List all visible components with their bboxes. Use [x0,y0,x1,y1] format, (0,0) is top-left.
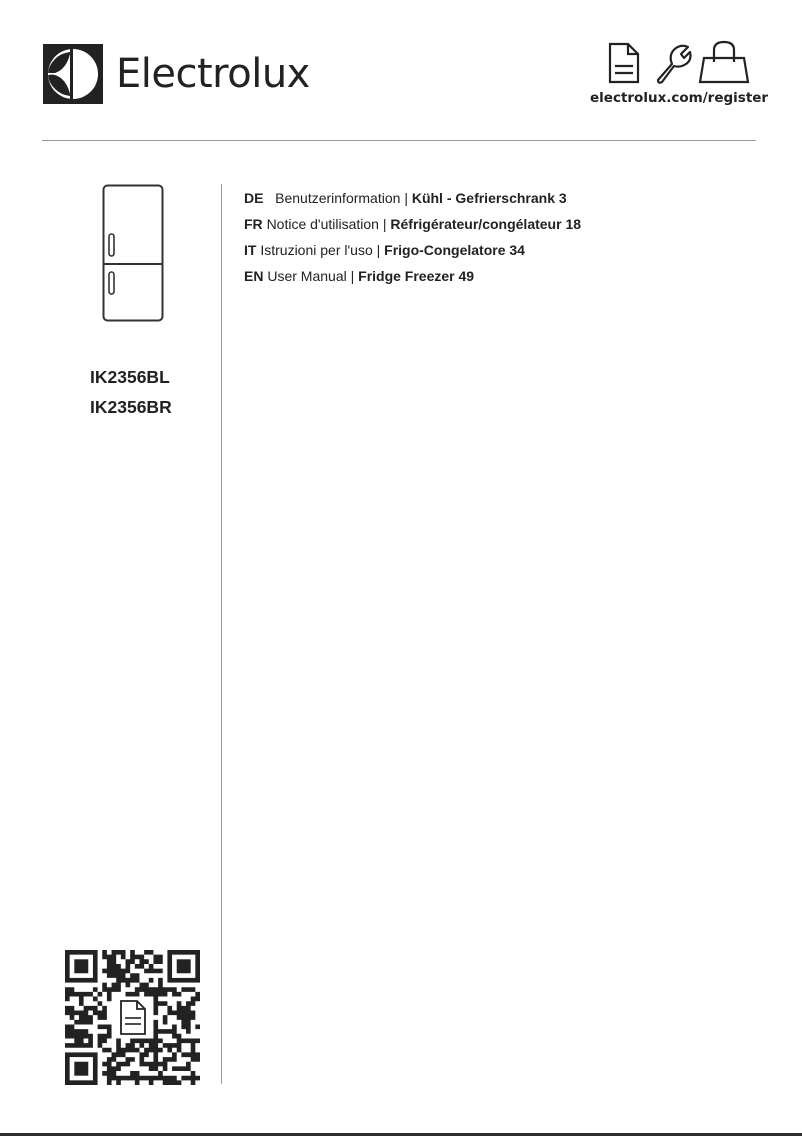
document-icon [112,997,153,1038]
model-number: IK2356BR [90,397,172,418]
qr-finder-pattern [167,950,200,983]
brand-name: Electrolux [116,48,310,100]
shopping-bag-icon [700,42,748,82]
column-divider [221,184,222,1084]
qr-finder-pattern [65,950,98,983]
electrolux-logo-icon [43,44,103,104]
wrench-icon [658,46,691,83]
register-icons [606,40,756,86]
manual-entry-de[interactable]: DE Benutzerinformation | Kühl - Gefriers… [244,185,581,211]
header-divider [42,140,756,141]
manual-entry-en[interactable]: EN User Manual | Fridge Freezer 49 [244,263,581,289]
qr-code[interactable] [65,950,200,1085]
qr-finder-pattern [65,1052,98,1085]
document-icon [610,44,638,82]
model-number: IK2356BL [90,367,170,388]
manual-language-list: DE Benutzerinformation | Kühl - Gefriers… [244,185,581,289]
manual-entry-it[interactable]: IT Istruzioni per l'uso | Frigo-Congelat… [244,237,581,263]
manual-entry-fr[interactable]: FR Notice d'utilisation | Réfrigérateur/… [244,211,581,237]
register-url[interactable]: electrolux.com/register [590,90,756,106]
fridge-freezer-icon [102,184,164,322]
